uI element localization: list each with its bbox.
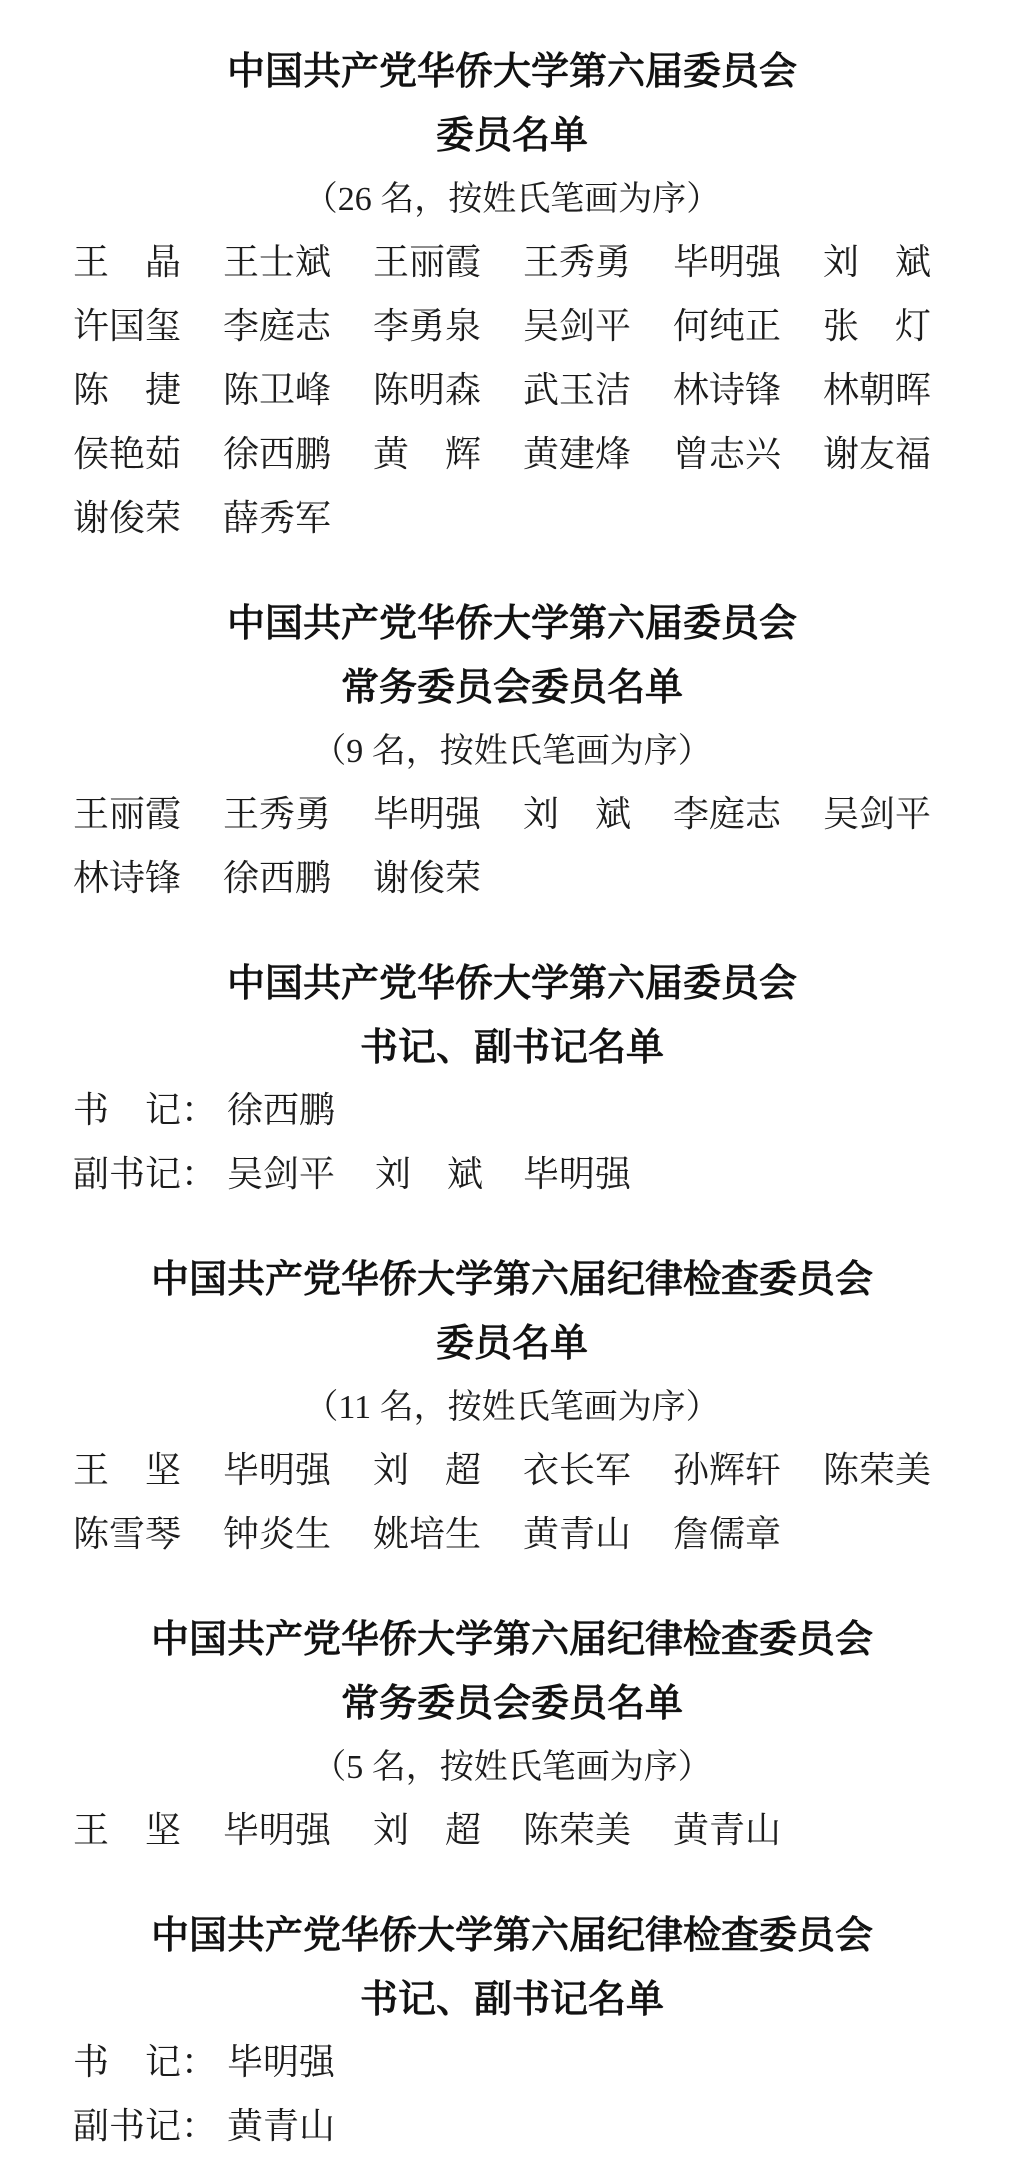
member-name: 孙辉轩 — [673, 1442, 783, 1493]
member-name: 王丽霞 — [73, 786, 183, 837]
member-name: 谢友福 — [823, 426, 933, 477]
member-list: 王 坚毕明强刘 超衣长军孙辉轩陈荣美陈雪琴钟炎生姚培生黄青山詹儒章 — [0, 1435, 1024, 1563]
member-name: 黄 辉 — [373, 426, 483, 477]
document-page: 中国共产党华侨大学第六届委员会 委员名单 （26 名，按姓氏笔画为序） 王 晶王… — [0, 0, 1024, 2155]
member-row: 谢俊荣薛秀军 — [0, 483, 1024, 547]
member-name: 毕明强 — [227, 2034, 335, 2085]
member-name: 林朝晖 — [823, 362, 933, 413]
member-row: 林诗锋徐西鹏谢俊荣 — [0, 843, 1024, 907]
section-note: （26 名，按姓氏笔画为序） — [0, 163, 1024, 227]
member-list: 王 坚毕明强刘 超陈荣美黄青山 — [0, 1795, 1024, 1859]
member-name: 吴剑平 — [523, 298, 633, 349]
member-name: 刘 斌 — [523, 786, 633, 837]
section-title: 中国共产党华侨大学第六届委员会 — [0, 587, 1024, 651]
section-title: 中国共产党华侨大学第六届纪律检查委员会 — [0, 1243, 1024, 1307]
member-list: 王丽霞王秀勇毕明强刘 斌李庭志吴剑平林诗锋徐西鹏谢俊荣 — [0, 779, 1024, 907]
member-name: 张 灯 — [823, 298, 933, 349]
member-name: 陈荣美 — [823, 1442, 933, 1493]
member-name: 陈卫峰 — [223, 362, 333, 413]
officer-line: 副书记：黄青山 — [0, 2091, 1024, 2155]
member-name: 王 晶 — [73, 234, 183, 285]
discipline-secretaries-section: 中国共产党华侨大学第六届纪律检查委员会 书记、副书记名单 书 记：毕明强副书记：… — [0, 1899, 1024, 2155]
officer-role-label: 书 记： — [73, 2034, 217, 2085]
member-name: 姚培生 — [373, 1506, 483, 1557]
officer-line: 书 记：毕明强 — [0, 2027, 1024, 2091]
member-row: 陈雪琴钟炎生姚培生黄青山詹儒章 — [0, 1499, 1024, 1563]
member-name: 侯艳茹 — [73, 426, 183, 477]
member-name: 徐西鹏 — [227, 1082, 335, 1133]
member-name: 陈雪琴 — [73, 1506, 183, 1557]
member-row: 王 晶王士斌王丽霞王秀勇毕明强刘 斌 — [0, 227, 1024, 291]
section-note: （5 名，按姓氏笔画为序） — [0, 1731, 1024, 1795]
section-subtitle: 书记、副书记名单 — [0, 1963, 1024, 2027]
member-name: 李庭志 — [673, 786, 783, 837]
officer-line: 书 记：徐西鹏 — [0, 1075, 1024, 1139]
section-title: 中国共产党华侨大学第六届纪律检查委员会 — [0, 1899, 1024, 1963]
section-title: 中国共产党华侨大学第六届纪律检查委员会 — [0, 1603, 1024, 1667]
member-name: 黄建烽 — [523, 426, 633, 477]
member-name: 陈荣美 — [523, 1802, 633, 1853]
officer-list: 书 记：毕明强副书记：黄青山 — [0, 2027, 1024, 2155]
section-subtitle: 书记、副书记名单 — [0, 1011, 1024, 1075]
member-name: 徐西鹏 — [223, 426, 333, 477]
member-row: 王丽霞王秀勇毕明强刘 斌李庭志吴剑平 — [0, 779, 1024, 843]
member-name: 李勇泉 — [373, 298, 483, 349]
member-name: 刘 斌 — [823, 234, 933, 285]
member-list: 王 晶王士斌王丽霞王秀勇毕明强刘 斌许国玺李庭志李勇泉吴剑平何纯正张 灯陈 捷陈… — [0, 227, 1024, 547]
member-name: 刘 斌 — [375, 1146, 483, 1197]
member-name: 黄青山 — [673, 1802, 783, 1853]
member-name: 武玉洁 — [523, 362, 633, 413]
member-row: 许国玺李庭志李勇泉吴剑平何纯正张 灯 — [0, 291, 1024, 355]
section-note: （11 名，按姓氏笔画为序） — [0, 1371, 1024, 1435]
member-name: 林诗锋 — [673, 362, 783, 413]
member-name: 曾志兴 — [673, 426, 783, 477]
member-name: 毕明强 — [373, 786, 483, 837]
section-subtitle: 常务委员会委员名单 — [0, 651, 1024, 715]
section-title: 中国共产党华侨大学第六届委员会 — [0, 35, 1024, 99]
section-note: （9 名，按姓氏笔画为序） — [0, 715, 1024, 779]
discipline-committee-members-section: 中国共产党华侨大学第六届纪律检查委员会 委员名单 （11 名，按姓氏笔画为序） … — [0, 1243, 1024, 1563]
member-name: 王秀勇 — [223, 786, 333, 837]
party-committee-members-section: 中国共产党华侨大学第六届委员会 委员名单 （26 名，按姓氏笔画为序） 王 晶王… — [0, 35, 1024, 547]
member-name: 毕明强 — [223, 1442, 333, 1493]
member-name: 谢俊荣 — [373, 850, 483, 901]
member-name: 王秀勇 — [523, 234, 633, 285]
section-subtitle: 常务委员会委员名单 — [0, 1667, 1024, 1731]
member-name: 陈明森 — [373, 362, 483, 413]
member-name: 王 坚 — [73, 1802, 183, 1853]
member-row: 陈 捷陈卫峰陈明森武玉洁林诗锋林朝晖 — [0, 355, 1024, 419]
member-name: 毕明强 — [223, 1802, 333, 1853]
member-name: 许国玺 — [73, 298, 183, 349]
officer-line: 副书记：吴剑平刘 斌毕明强 — [0, 1139, 1024, 1203]
section-subtitle: 委员名单 — [0, 99, 1024, 163]
section-title: 中国共产党华侨大学第六届委员会 — [0, 947, 1024, 1011]
member-name: 黄青山 — [523, 1506, 633, 1557]
party-secretaries-section: 中国共产党华侨大学第六届委员会 书记、副书记名单 书 记：徐西鹏副书记：吴剑平刘… — [0, 947, 1024, 1203]
member-name: 徐西鹏 — [223, 850, 333, 901]
discipline-standing-committee-section: 中国共产党华侨大学第六届纪律检查委员会 常务委员会委员名单 （5 名，按姓氏笔画… — [0, 1603, 1024, 1859]
member-name: 衣长军 — [523, 1442, 633, 1493]
member-row: 侯艳茹徐西鹏黄 辉黄建烽曾志兴谢友福 — [0, 419, 1024, 483]
member-name: 何纯正 — [673, 298, 783, 349]
member-name: 刘 超 — [373, 1802, 483, 1853]
member-name: 林诗锋 — [73, 850, 183, 901]
member-name: 钟炎生 — [223, 1506, 333, 1557]
member-name: 毕明强 — [523, 1146, 631, 1197]
member-name: 黄青山 — [227, 2098, 335, 2149]
officer-role-label: 副书记： — [73, 1146, 217, 1197]
member-row: 王 坚毕明强刘 超衣长军孙辉轩陈荣美 — [0, 1435, 1024, 1499]
member-name: 陈 捷 — [73, 362, 183, 413]
member-name: 王士斌 — [223, 234, 333, 285]
member-name: 刘 超 — [373, 1442, 483, 1493]
party-standing-committee-section: 中国共产党华侨大学第六届委员会 常务委员会委员名单 （9 名，按姓氏笔画为序） … — [0, 587, 1024, 907]
officer-role-label: 书 记： — [73, 1082, 217, 1133]
member-name: 毕明强 — [673, 234, 783, 285]
member-name: 谢俊荣 — [73, 490, 183, 541]
member-name: 吴剑平 — [227, 1146, 335, 1197]
member-name: 吴剑平 — [823, 786, 933, 837]
officer-role-label: 副书记： — [73, 2098, 217, 2149]
member-name: 詹儒章 — [673, 1506, 783, 1557]
member-name: 李庭志 — [223, 298, 333, 349]
member-row: 王 坚毕明强刘 超陈荣美黄青山 — [0, 1795, 1024, 1859]
member-name: 王丽霞 — [373, 234, 483, 285]
member-name: 王 坚 — [73, 1442, 183, 1493]
officer-list: 书 记：徐西鹏副书记：吴剑平刘 斌毕明强 — [0, 1075, 1024, 1203]
section-subtitle: 委员名单 — [0, 1307, 1024, 1371]
member-name: 薛秀军 — [223, 490, 333, 541]
